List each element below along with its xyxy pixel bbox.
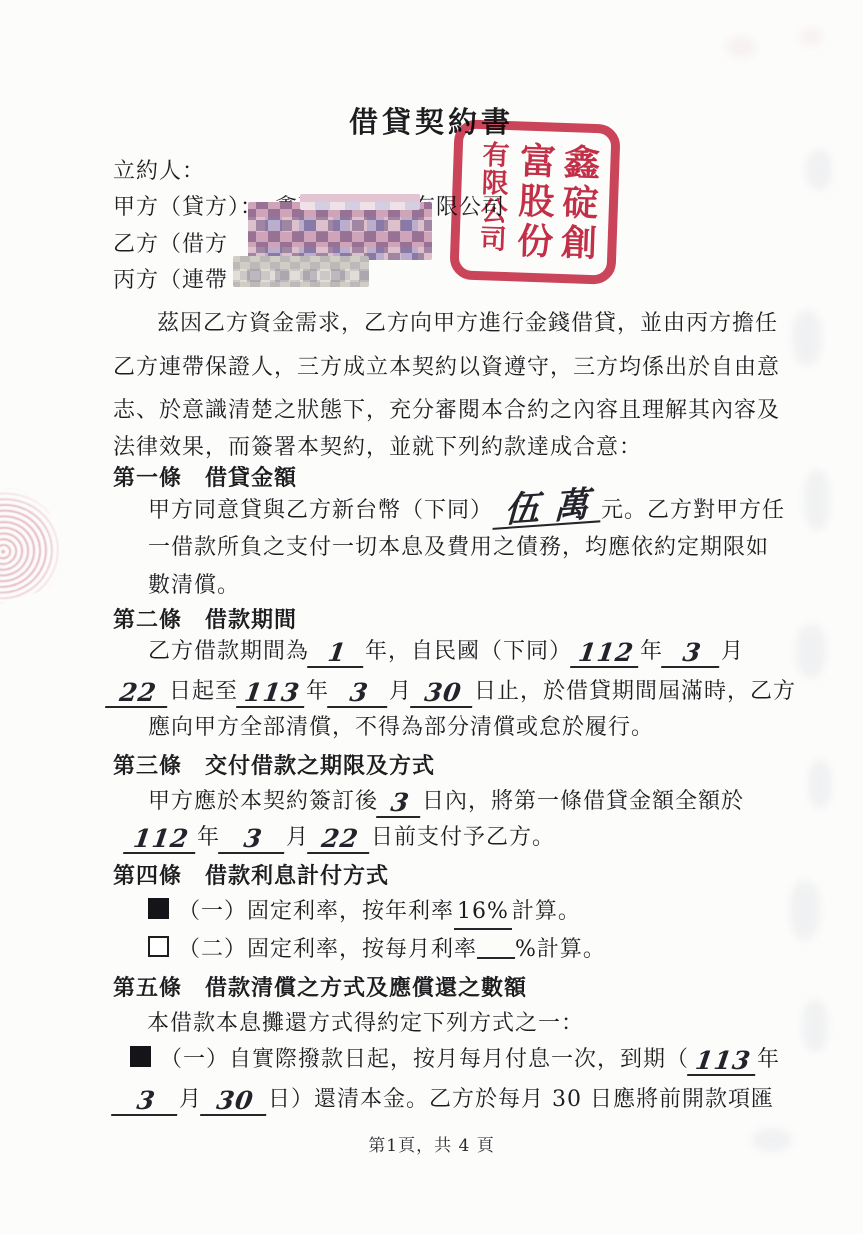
bleedthrough-smudge — [790, 880, 820, 940]
text-run: 年 — [197, 825, 220, 850]
handwritten-entry: 3 — [661, 640, 723, 668]
text-run: 第三條 交付借款之期限及方式 — [113, 753, 435, 779]
company-seal-stamp: 鑫碇創 富股份 有限公司 — [449, 119, 620, 285]
article-4-option-2: （二）固定利率，按每月利率%計算。 — [148, 934, 606, 966]
preamble-line-3: 志、於意識清楚之狀態下，充分審閱本合約之內容且理解其內容及 — [113, 395, 780, 427]
party-b-line: 乙方（借方 — [113, 229, 228, 261]
preamble-line-2: 乙方連帶保證人，三方成立本契約以資遵守，三方均係出於自由意 — [113, 352, 780, 384]
text-run: （二）固定利率，按每月利率 — [178, 937, 477, 962]
text-run: 乙方（借方 — [113, 232, 228, 257]
text-run: 日止，於借貸期間屆滿時，乙方 — [474, 679, 796, 704]
seal-column-1: 鑫碇創 — [554, 143, 602, 264]
text-run: 一借款所負之支付一切本息及費用之債務，均應依約定期限如 — [148, 535, 769, 560]
page-number-footer: 第1頁，共 4 頁 — [0, 1130, 863, 1162]
text-run: 月 — [389, 679, 412, 704]
text-run: 乙方連帶保證人，三方成立本契約以資遵守，三方均係出於自由意 — [113, 355, 780, 380]
seal-column-2: 富股份 — [510, 141, 558, 262]
scanned-contract-page: 鑫碇創 富股份 有限公司 借貸契約書 立約人： 甲方（貸方）： 鑫碇創富股份有限… — [0, 0, 863, 1234]
bleedthrough-smudge — [804, 470, 830, 530]
handwritten-entry: 1 — [307, 640, 367, 668]
text-run: 本借款本息攤還方式得約定下列方式之一： — [147, 1011, 584, 1036]
text-run: 第二條 借款期間 — [113, 607, 297, 633]
handwritten-entry: 3 — [111, 1088, 181, 1116]
text-run: （一）自實際撥款日起，按月每月付息一次，到期（ — [160, 1047, 689, 1072]
text-run: （一）固定利率，按年利率 — [178, 899, 454, 924]
article-3-line-2: 112年3月22日前支付予乙方。 — [125, 822, 555, 854]
text-run: 計算。 — [512, 899, 581, 924]
article-4-option-1: （一）固定利率，按年利率16%計算。 — [148, 896, 581, 930]
handwritten-entry — [477, 957, 515, 959]
article-2-heading: 第二條 借款期間 — [113, 604, 297, 636]
article-4-heading: 第四條 借款利息計付方式 — [113, 860, 389, 892]
text-run: 第五條 借款清償之方式及應償還之數額 — [113, 975, 527, 1001]
handwritten-entry: 112 — [123, 826, 199, 854]
text-run: 月 — [286, 825, 309, 850]
article-1-line-1: 甲方同意貸與乙方新台幣（下同）伍 萬元。乙方對甲方任 — [148, 492, 785, 527]
text-run: 日前支付予乙方。 — [371, 825, 555, 850]
text-run: 第四條 借款利息計付方式 — [113, 863, 389, 889]
text-run: 志、於意識清楚之狀態下，充分審閱本合約之內容且理解其內容及 — [113, 398, 780, 423]
bleedthrough-smudge — [792, 310, 822, 366]
bleedthrough-smudge — [796, 624, 826, 678]
article-2-line-1: 乙方借款期間為1年，自民國（下同）112年3月 — [148, 636, 744, 668]
text-run: 丙方（連帶 — [113, 268, 228, 293]
fingerprint-mark — [0, 476, 73, 609]
article-1-line-3: 數清償。 — [148, 570, 240, 602]
text-run: 年 — [306, 679, 329, 704]
parties-intro-line: 立約人： — [113, 156, 205, 188]
checkbox-unchecked — [148, 936, 169, 957]
article-3-heading: 第三條 交付借款之期限及方式 — [113, 750, 435, 782]
article-5-heading: 第五條 借款清償之方式及應償還之數額 — [113, 972, 527, 1004]
handwritten-entry: 113 — [687, 1048, 759, 1076]
text-run: 甲方應於本契約簽訂後 — [148, 789, 378, 814]
underlined-value: 16% — [454, 896, 512, 930]
article-2-line-2: 22日起至113年3月30日止，於借貸期間屆滿時，乙方 — [107, 676, 796, 708]
article-5-intro: 本借款本息攤還方式得約定下列方式之一： — [147, 1008, 584, 1040]
handwritten-entry: 3 — [218, 826, 288, 854]
redaction-mosaic-party-b-top — [300, 194, 420, 210]
seal-column-3: 有限公司 — [468, 140, 514, 261]
text-run: 立約人： — [113, 159, 205, 184]
text-run: 月 — [179, 1087, 202, 1112]
handwritten-entry: 22 — [307, 826, 373, 854]
text-run: 年 — [640, 639, 663, 664]
bleedthrough-smudge — [802, 1000, 828, 1052]
article-1-heading: 第一條 借貸金額 — [113, 462, 297, 494]
text-run: 茲因乙方資金需求，乙方向甲方進行金錢借貸，並由丙方擔任 — [157, 311, 778, 336]
text-run: 甲方同意貸與乙方新台幣（下同） — [148, 498, 493, 523]
bleedthrough-smudge — [806, 150, 832, 190]
text-run: 法律效果，而簽署本契約，並就下列約款達成合意： — [113, 435, 642, 460]
handwritten-entry: 113 — [236, 680, 308, 708]
handwritten-entry: 112 — [570, 640, 642, 668]
redaction-mosaic-party-c — [233, 256, 369, 287]
article-2-line-3: 應向甲方全部清償，不得為部分清償或怠於履行。 — [148, 712, 654, 744]
text-run: 元。乙方對甲方任 — [601, 498, 785, 523]
text-run: 應向甲方全部清償，不得為部分清償或怠於履行。 — [148, 715, 654, 740]
party-c-line: 丙方（連帶 — [113, 265, 228, 297]
bleedthrough-smudge — [808, 760, 832, 808]
bleedthrough-smudge — [752, 1128, 792, 1152]
handwritten-entry: 3 — [376, 790, 424, 818]
text-run: 日內，將第一條借貸金額全額於 — [422, 789, 744, 814]
checkbox-checked — [130, 1046, 151, 1067]
article-3-line-1: 甲方應於本契約簽訂後3日內，將第一條借貸金額全額於 — [148, 786, 744, 818]
text-run: 月 — [721, 639, 744, 664]
company-seal-text: 鑫碇創 富股份 有限公司 — [468, 140, 602, 264]
text-run: 年 — [757, 1047, 780, 1072]
text-run: %計算。 — [515, 937, 606, 962]
article-5-option-1-line-1: （一）自實際撥款日起，按月每月付息一次，到期（113年 — [130, 1044, 780, 1076]
handwritten-entry: 3 — [327, 680, 391, 708]
handwritten-entry: 22 — [105, 680, 171, 708]
bleedthrough-smudge — [726, 36, 756, 58]
article-5-option-1-line-2: 3月30日）還清本金。乙方於每月 30 日應將前開款項匯 — [113, 1084, 774, 1116]
preamble-line-1: 茲因乙方資金需求，乙方向甲方進行金錢借貸，並由丙方擔任 — [113, 308, 778, 340]
text-run: 乙方借款期間為 — [148, 639, 309, 664]
handwritten-entry: 30 — [410, 680, 476, 708]
handwritten-entry: 伍 萬 — [493, 488, 602, 530]
bleedthrough-smudge — [800, 28, 822, 46]
text-run: 日）還清本金。乙方於每月 30 日應將前開款項匯 — [268, 1087, 774, 1112]
preamble-line-4: 法律效果，而簽署本契約，並就下列約款達成合意： — [113, 432, 642, 464]
text-run: 數清償。 — [148, 573, 240, 598]
article-1-line-2: 一借款所負之支付一切本息及費用之債務，均應依約定期限如 — [148, 532, 769, 564]
text-run: 第一條 借貸金額 — [113, 465, 297, 491]
checkbox-checked — [148, 898, 169, 919]
document-title: 借貸契約書 — [0, 106, 863, 138]
text-run: 年，自民國（下同） — [365, 639, 572, 664]
handwritten-entry: 30 — [200, 1088, 270, 1116]
redaction-mosaic-party-b — [248, 202, 432, 260]
text-run: 日起至 — [169, 679, 238, 704]
